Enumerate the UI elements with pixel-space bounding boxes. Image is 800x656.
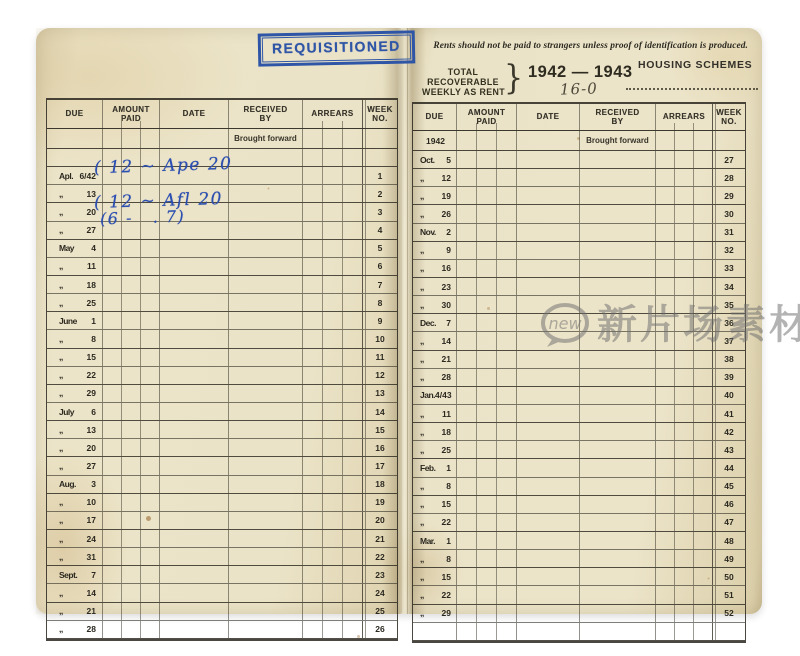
cell-amount: [456, 169, 516, 186]
cell-amount: [456, 605, 516, 622]
cell-amount: [102, 512, 159, 529]
ledger-row: Aug.318: [47, 476, 397, 494]
cell-amount: [102, 621, 159, 638]
cell-week: [362, 149, 397, 166]
cell-arrears: [302, 330, 362, 347]
cell-received: [579, 568, 655, 585]
cell-due: ,,22: [47, 367, 102, 384]
cell-arrears: [655, 514, 712, 531]
year-label: 1942: [420, 136, 451, 146]
cell-amount: [456, 496, 516, 513]
cell-amount: [456, 351, 516, 368]
dotted-rule: [626, 72, 758, 90]
cell-arrears: [302, 548, 362, 565]
cell-week: 24: [362, 584, 397, 601]
cell-week: 49: [712, 550, 745, 567]
cell-arrears: [655, 423, 712, 440]
cell-arrears: [302, 258, 362, 275]
cell-date: [516, 131, 579, 150]
cell-received: [579, 296, 655, 313]
cell-received: Brought forward: [228, 129, 302, 148]
cell-received: [228, 476, 302, 493]
cell-date: [516, 151, 579, 168]
cell-week: 29: [712, 187, 745, 204]
cell-arrears: [655, 405, 712, 422]
ledger-row: ,,2251: [413, 586, 745, 604]
cell-due: ,,10: [47, 494, 102, 511]
cell-received: [228, 149, 302, 166]
cell-due: ,,23: [413, 278, 456, 295]
cell-arrears: [302, 167, 362, 184]
cell-amount: [456, 151, 516, 168]
cell-arrears: [302, 566, 362, 583]
total-line-2: RECOVERABLE: [422, 77, 504, 87]
cell-date: [159, 603, 228, 620]
cell-amount: [456, 405, 516, 422]
cell-date: [159, 512, 228, 529]
ledger-row: ,,1315: [47, 421, 397, 439]
brought-forward-label: Brought forward: [229, 134, 302, 143]
cell-week: 45: [712, 478, 745, 495]
cell-date: [516, 369, 579, 386]
cell-amount: [102, 349, 159, 366]
cell-date: [516, 314, 579, 331]
cell-amount: [456, 550, 516, 567]
cell-date: [516, 242, 579, 259]
cell-amount: [102, 385, 159, 402]
cell-amount: [456, 369, 516, 386]
cell-amount: [456, 131, 516, 150]
column-header-date: DATE: [159, 100, 228, 128]
cell-date: [516, 260, 579, 277]
cell-date: [516, 187, 579, 204]
cell-received: [579, 423, 655, 440]
cell-arrears: [655, 459, 712, 476]
cell-week: 27: [712, 151, 745, 168]
cell-due: ,,11: [413, 405, 456, 422]
cell-amount: [456, 478, 516, 495]
cell-arrears: [302, 129, 362, 148]
ledger-row: ,,932: [413, 242, 745, 260]
ledger-row: ,,2543: [413, 441, 745, 459]
cell-arrears: [655, 314, 712, 331]
cell-due: ,,18: [47, 276, 102, 293]
cell-due: ,,28: [47, 621, 102, 638]
cell-amount: [102, 530, 159, 547]
requisitioned-stamp: REQUISITIONED: [258, 30, 415, 66]
cell-week: 26: [362, 621, 397, 638]
cell-due: July6: [47, 403, 102, 420]
cell-due: ,,12: [413, 169, 456, 186]
cell-due: Nov.2: [413, 224, 456, 241]
ledger-row: ,,1424: [47, 584, 397, 602]
cell-date: [516, 278, 579, 295]
cell-week: 21: [362, 530, 397, 547]
cell-amount: [456, 387, 516, 404]
cell-received: [579, 278, 655, 295]
cell-received: [579, 623, 655, 640]
cell-received: [228, 240, 302, 257]
cell-arrears: [655, 260, 712, 277]
cell-arrears: [302, 276, 362, 293]
cell-received: Brought forward: [579, 131, 655, 150]
cell-arrears: [302, 367, 362, 384]
cell-due: ,,19: [413, 187, 456, 204]
cell-received: [579, 550, 655, 567]
cell-week: 9: [362, 312, 397, 329]
cell-week: 15: [362, 421, 397, 438]
cell-date: [516, 405, 579, 422]
cell-date: [159, 258, 228, 275]
cell-amount: [456, 623, 516, 640]
cell-week: [712, 131, 745, 150]
column-header-amount: AMOUNTPAID: [456, 104, 516, 130]
cell-arrears: [302, 385, 362, 402]
ledger-row: ,,2016: [47, 439, 397, 457]
ledger-row: ,,2138: [413, 351, 745, 369]
ledger-row: ,,2125: [47, 603, 397, 621]
cell-received: [228, 276, 302, 293]
ledger-row: Dec.736: [413, 314, 745, 332]
ledger-row: Feb.144: [413, 459, 745, 477]
ledger-row: Nov.231: [413, 224, 745, 242]
cell-received: [579, 260, 655, 277]
cell-amount: [456, 586, 516, 603]
cell-amount: [456, 242, 516, 259]
cell-due: ,,8: [413, 478, 456, 495]
total-line-1: TOTAL: [422, 67, 504, 77]
cell-date: [516, 459, 579, 476]
ledger-row: Jan.4/4340: [413, 387, 745, 405]
cell-date: [516, 532, 579, 549]
cell-date: [516, 568, 579, 585]
ledger-row: ,,2839: [413, 369, 745, 387]
ledger-row: ,,3122: [47, 548, 397, 566]
ledger-row: ,,1550: [413, 568, 745, 586]
cell-date: [159, 276, 228, 293]
cell-date: [516, 387, 579, 404]
cell-arrears: [655, 151, 712, 168]
cell-date: [516, 205, 579, 222]
cell-date: [516, 586, 579, 603]
cell-amount: [102, 294, 159, 311]
cell-arrears: [655, 441, 712, 458]
scheme-title: HOUSING SCHEMES: [638, 59, 752, 71]
cell-received: [228, 421, 302, 438]
ledger-row: May45: [47, 240, 397, 258]
cell-due: ,,14: [47, 584, 102, 601]
cell-week: 36: [712, 314, 745, 331]
ledger-row: ,,2247: [413, 514, 745, 532]
cell-received: [579, 478, 655, 495]
cell-due: ,,27: [47, 457, 102, 474]
cell-week: 22: [362, 548, 397, 565]
cell-week: 46: [712, 496, 745, 513]
rent-book-scan: REQUISITIONED Rents should not be paid t…: [36, 28, 762, 614]
cell-received: [579, 369, 655, 386]
cell-arrears: [655, 278, 712, 295]
column-header-week: WEEKNO.: [362, 100, 397, 128]
rent-value-handwritten: 16-0: [560, 79, 598, 98]
cell-date: [516, 423, 579, 440]
brought-forward-row: 1942Brought forward: [413, 131, 745, 151]
cell-due: ,,15: [413, 496, 456, 513]
cell-arrears: [302, 621, 362, 638]
cell-due: Oct.5: [413, 151, 456, 168]
ledger-row: ,,2421: [47, 530, 397, 548]
cell-arrears: [302, 584, 362, 601]
cell-date: [159, 129, 228, 148]
column-header-due: DUE: [47, 100, 102, 128]
cell-amount: [456, 205, 516, 222]
cell-received: [228, 203, 302, 220]
cell-amount: [456, 441, 516, 458]
cell-due: ,,21: [47, 603, 102, 620]
cell-week: 33: [712, 260, 745, 277]
cell-arrears: [655, 187, 712, 204]
cell-received: [579, 387, 655, 404]
ledger-row: ,,1929: [413, 187, 745, 205]
cell-arrears: [655, 369, 712, 386]
cell-arrears: [655, 169, 712, 186]
cell-received: [228, 185, 302, 202]
cell-week: 12: [362, 367, 397, 384]
cell-received: [228, 385, 302, 402]
cell-due: ,,16: [413, 260, 456, 277]
cell-received: [579, 169, 655, 186]
cell-due: ,,15: [47, 349, 102, 366]
ledger-row: ,,258: [47, 294, 397, 312]
ledger-row: ,,187: [47, 276, 397, 294]
cell-date: [159, 548, 228, 565]
brought-forward-row: Brought forward: [47, 129, 397, 149]
cell-amount: [456, 278, 516, 295]
ledger-row: ,,2334: [413, 278, 745, 296]
table-header-row: DUEAMOUNTPAIDDATERECEIVEDBYARREARSWEEKNO…: [413, 104, 745, 131]
cell-week: 23: [362, 566, 397, 583]
ledger-row: ,,2717: [47, 457, 397, 475]
cell-week: 35: [712, 296, 745, 313]
cell-week: 47: [712, 514, 745, 531]
cell-date: [159, 584, 228, 601]
cell-received: [579, 242, 655, 259]
cell-date: [159, 367, 228, 384]
notice-text: Rents should not be paid to strangers un…: [433, 41, 748, 51]
cell-date: [516, 169, 579, 186]
cell-received: [579, 187, 655, 204]
cell-arrears: [302, 476, 362, 493]
cell-week: 44: [712, 459, 745, 476]
ledger-row: ,,1437: [413, 332, 745, 350]
cell-amount: [102, 566, 159, 583]
stamp-inner-border: REQUISITIONED: [262, 34, 411, 62]
cell-arrears: [655, 478, 712, 495]
cell-received: [579, 224, 655, 241]
ledger-row: ,,1511: [47, 349, 397, 367]
cell-amount: [456, 187, 516, 204]
cell-amount: [102, 584, 159, 601]
cell-week: 41: [712, 405, 745, 422]
cell-week: 50: [712, 568, 745, 585]
cell-amount: [102, 129, 159, 148]
cell-arrears: [302, 494, 362, 511]
ledger-row: ,,2212: [47, 367, 397, 385]
cell-amount: [102, 240, 159, 257]
cell-week: 48: [712, 532, 745, 549]
cell-arrears: [655, 550, 712, 567]
cell-received: [228, 621, 302, 638]
cell-week: 4: [362, 222, 397, 239]
rent-table-weeks-27-52: DUEAMOUNTPAIDDATERECEIVEDBYARREARSWEEKNO…: [412, 102, 746, 643]
cell-received: [228, 457, 302, 474]
cell-week: 19: [362, 494, 397, 511]
cell-week: 52: [712, 605, 745, 622]
cell-arrears: [655, 224, 712, 241]
cell-week: [712, 623, 745, 640]
column-header-arrears: ARREARS: [302, 100, 362, 128]
cell-date: [159, 566, 228, 583]
ledger-row: ,,2630: [413, 205, 745, 223]
ledger-row: ,,845: [413, 478, 745, 496]
cell-arrears: [302, 439, 362, 456]
table-header-row: DUEAMOUNTPAIDDATERECEIVEDBYARREARSWEEKNO…: [47, 100, 397, 129]
cell-amount: [456, 568, 516, 585]
cell-date: [516, 332, 579, 349]
cell-received: [579, 405, 655, 422]
cell-amount: [456, 314, 516, 331]
cell-arrears: [655, 605, 712, 622]
cell-amount: [102, 476, 159, 493]
cell-amount: [102, 312, 159, 329]
cell-received: [579, 586, 655, 603]
cell-due: ,,15: [413, 568, 456, 585]
cell-received: [579, 532, 655, 549]
cell-received: [579, 441, 655, 458]
brought-forward-label: Brought forward: [580, 136, 655, 145]
cell-arrears: [655, 205, 712, 222]
cell-amount: [456, 532, 516, 549]
cell-amount: [456, 260, 516, 277]
cell-arrears: [655, 296, 712, 313]
cell-received: [228, 566, 302, 583]
cell-arrears: [655, 387, 712, 404]
cell-week: 38: [712, 351, 745, 368]
cell-amount: [102, 258, 159, 275]
cell-date: [159, 330, 228, 347]
cell-due: Feb.1: [413, 459, 456, 476]
cell-received: [228, 367, 302, 384]
cell-due: ,,29: [47, 385, 102, 402]
ledger-row: Oct.527: [413, 151, 745, 169]
ledger-row: ,,2952: [413, 605, 745, 623]
cell-due: ,,9: [413, 242, 456, 259]
ledger-row: ,,116: [47, 258, 397, 276]
cell-due: ,,22: [413, 586, 456, 603]
cell-date: [159, 621, 228, 638]
cell-date: [516, 478, 579, 495]
ledger-row: ,,1019: [47, 494, 397, 512]
cell-week: 3: [362, 203, 397, 220]
cell-amount: [102, 439, 159, 456]
cell-received: [579, 332, 655, 349]
ledger-row: ,,1228: [413, 169, 745, 187]
cell-week: 31: [712, 224, 745, 241]
cell-amount: [102, 330, 159, 347]
cell-due: ,,27: [47, 222, 102, 239]
cell-due: [413, 623, 456, 640]
cell-arrears: [302, 149, 362, 166]
cell-due: Jan.4/43: [413, 387, 456, 404]
brace-glyph: }: [504, 59, 523, 98]
cell-received: [228, 222, 302, 239]
cell-week: 13: [362, 385, 397, 402]
cell-due: ,,28: [413, 369, 456, 386]
ledger-row: ,,1633: [413, 260, 745, 278]
cell-amount: [102, 548, 159, 565]
cell-date: [159, 403, 228, 420]
cell-received: [579, 605, 655, 622]
cell-date: [159, 294, 228, 311]
cell-due: ,,20: [47, 439, 102, 456]
cell-date: [159, 439, 228, 456]
cell-received: [579, 459, 655, 476]
cell-date: [159, 421, 228, 438]
cell-arrears: [302, 403, 362, 420]
cell-received: [579, 205, 655, 222]
cell-received: [228, 548, 302, 565]
cell-date: [516, 605, 579, 622]
cell-date: [516, 496, 579, 513]
ledger-row: Sept.723: [47, 566, 397, 584]
cell-week: 43: [712, 441, 745, 458]
cell-received: [579, 314, 655, 331]
cell-date: [159, 349, 228, 366]
cell-date: [159, 312, 228, 329]
cell-date: [159, 385, 228, 402]
column-header-received: RECEIVEDBY: [228, 100, 302, 128]
cell-date: [516, 441, 579, 458]
cell-week: 11: [362, 349, 397, 366]
ledger-row: Mar.148: [413, 532, 745, 550]
cell-week: 18: [362, 476, 397, 493]
cell-date: [159, 476, 228, 493]
cell-week: 32: [712, 242, 745, 259]
cell-received: [228, 584, 302, 601]
ledger-row: July614: [47, 403, 397, 421]
cell-arrears: [302, 603, 362, 620]
cell-due: May4: [47, 240, 102, 257]
cell-arrears: [302, 421, 362, 438]
cell-due: ,,26: [413, 205, 456, 222]
cell-due: Dec.7: [413, 314, 456, 331]
cell-arrears: [302, 203, 362, 220]
cell-received: [228, 512, 302, 529]
cell-arrears: [302, 349, 362, 366]
ledger-row: ,,1842: [413, 423, 745, 441]
cell-date: [516, 296, 579, 313]
cell-arrears: [655, 623, 712, 640]
cell-due: June1: [47, 312, 102, 329]
cell-due: Aug.3: [47, 476, 102, 493]
cell-week: 20: [362, 512, 397, 529]
cell-date: [159, 494, 228, 511]
cell-due: Mar.1: [413, 532, 456, 549]
cell-due: ,,11: [47, 258, 102, 275]
cell-arrears: [302, 294, 362, 311]
stamp-label: REQUISITIONED: [272, 38, 401, 57]
cell-week: 1: [362, 167, 397, 184]
cell-received: [579, 514, 655, 531]
